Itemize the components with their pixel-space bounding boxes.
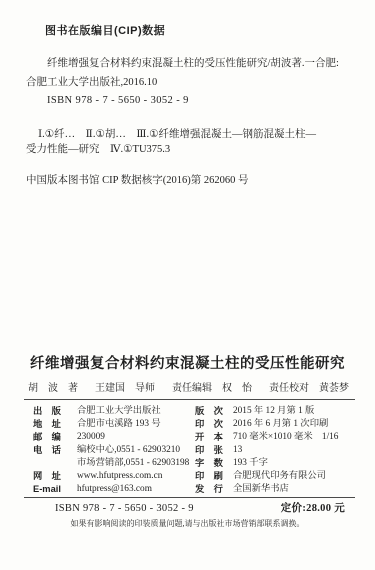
- cip-description-line2: 合肥工业大学出版社,2016.10: [26, 73, 353, 92]
- row-label: 地 址: [33, 418, 77, 431]
- cip-description: 纤维增强复合材料约束混凝土柱的受压性能研究/胡波著.一合肥: 合肥工业大学出版社…: [26, 54, 353, 110]
- price: 定价:28.00 元: [281, 502, 345, 515]
- row-value: 全国新华书店: [233, 483, 289, 496]
- row-label: E-mail: [33, 483, 77, 496]
- table-row: 电 话编校中心,0551 - 62903210 印 张13: [33, 444, 359, 457]
- row-label: 网 址: [33, 470, 77, 483]
- divider-top: [24, 399, 355, 400]
- table-row: E-mailhfutpress@163.com 发 行全国新华书店: [33, 483, 359, 496]
- row-label: 电 话: [33, 444, 77, 457]
- row-value: 2016 年 6 月第 1 次印刷: [233, 418, 328, 431]
- cip-header: 图书在版编目(CIP)数据: [45, 24, 353, 38]
- row-value: 710 毫米×1010 毫米 1/16: [233, 431, 338, 444]
- book-title: 纤维增强复合材料约束混凝土柱的受压性能研究: [0, 352, 375, 373]
- cip-classification-line1: Ⅰ.①纤… Ⅱ.①胡… Ⅲ.①纤维增强混凝土—钢筋混凝土柱—: [26, 127, 353, 142]
- credit-proofreader: 责任校对 黄荟梦: [269, 383, 349, 395]
- row-label: 印 次: [195, 418, 233, 431]
- cip-classification-line2: 受力性能—研究 Ⅳ.①TU375.3: [26, 142, 353, 157]
- table-row: 出 版合肥工业大学出版社 版 次2015 年 12 月第 1 版: [33, 405, 359, 418]
- row-label: [33, 457, 77, 470]
- row-value: 2015 年 12 月第 1 版: [233, 405, 314, 418]
- credits-row: 胡 波 著 王建国 导师 责任编辑 权 怡 责任校对 黄荟梦: [28, 383, 349, 395]
- row-value: 市场营销部,0551 - 62903198: [77, 457, 189, 470]
- row-value: 193 千字: [233, 457, 268, 470]
- isbn-price-row: ISBN 978 - 7 - 5650 - 3052 - 9 定价:28.00 …: [55, 502, 345, 515]
- table-row: 地 址合肥市屯溪路 193 号 印 次2016 年 6 月第 1 次印刷: [33, 418, 359, 431]
- row-value: www.hfutpress.com.cn: [77, 470, 162, 483]
- row-value: 合肥工业大学出版社: [77, 405, 161, 418]
- table-row: 市场营销部,0551 - 62903198 字 数193 千字: [33, 457, 359, 470]
- cip-classification: Ⅰ.①纤… Ⅱ.①胡… Ⅲ.①纤维增强混凝土—钢筋混凝土柱— 受力性能—研究 Ⅳ…: [26, 127, 353, 157]
- row-value: 编校中心,0551 - 62903210: [77, 444, 180, 457]
- divider-bottom: [24, 497, 355, 498]
- copyright-page: 图书在版编目(CIP)数据 纤维增强复合材料约束混凝土柱的受压性能研究/胡波著.…: [0, 0, 375, 570]
- row-value: 230009: [77, 431, 105, 444]
- row-label: 字 数: [195, 457, 233, 470]
- row-value: hfutpress@163.com: [77, 483, 152, 496]
- credit-editor: 责任编辑 权 怡: [172, 383, 252, 395]
- table-row: 网 址www.hfutpress.com.cn 印 刷合肥现代印务有限公司: [33, 470, 359, 483]
- row-label: 开 本: [195, 431, 233, 444]
- credit-advisor: 王建国 导师: [95, 383, 155, 395]
- quality-note: 如果有影响阅读的印装质量问题,请与出版社市场营销部联系调换。: [0, 518, 375, 529]
- row-label: 出 版: [33, 405, 77, 418]
- row-value: 合肥现代印务有限公司: [233, 470, 326, 483]
- footer-isbn: ISBN 978 - 7 - 5650 - 3052 - 9: [55, 502, 194, 515]
- cip-section: 图书在版编目(CIP)数据 纤维增强复合材料约束混凝土柱的受压性能研究/胡波著.…: [26, 24, 353, 189]
- row-value: 合肥市屯溪路 193 号: [77, 418, 161, 431]
- cip-record-number: 中国版本图书馆 CIP 数据核字(2016)第 262060 号: [26, 173, 353, 189]
- cip-isbn: ISBN 978 - 7 - 5650 - 3052 - 9: [26, 93, 353, 110]
- row-label: 发 行: [195, 483, 233, 496]
- row-value: 13: [233, 444, 242, 457]
- row-label: 印 刷: [195, 470, 233, 483]
- row-label: 邮 编: [33, 431, 77, 444]
- table-row: 邮 编230009 开 本710 毫米×1010 毫米 1/16: [33, 431, 359, 444]
- cip-description-line1: 纤维增强复合材料约束混凝土柱的受压性能研究/胡波著.一合肥:: [26, 54, 353, 73]
- credit-author: 胡 波 著: [28, 383, 78, 395]
- row-label: 版 次: [195, 405, 233, 418]
- row-label: 印 张: [195, 444, 233, 457]
- colophon-table: 出 版合肥工业大学出版社 版 次2015 年 12 月第 1 版 地 址合肥市屯…: [33, 405, 359, 496]
